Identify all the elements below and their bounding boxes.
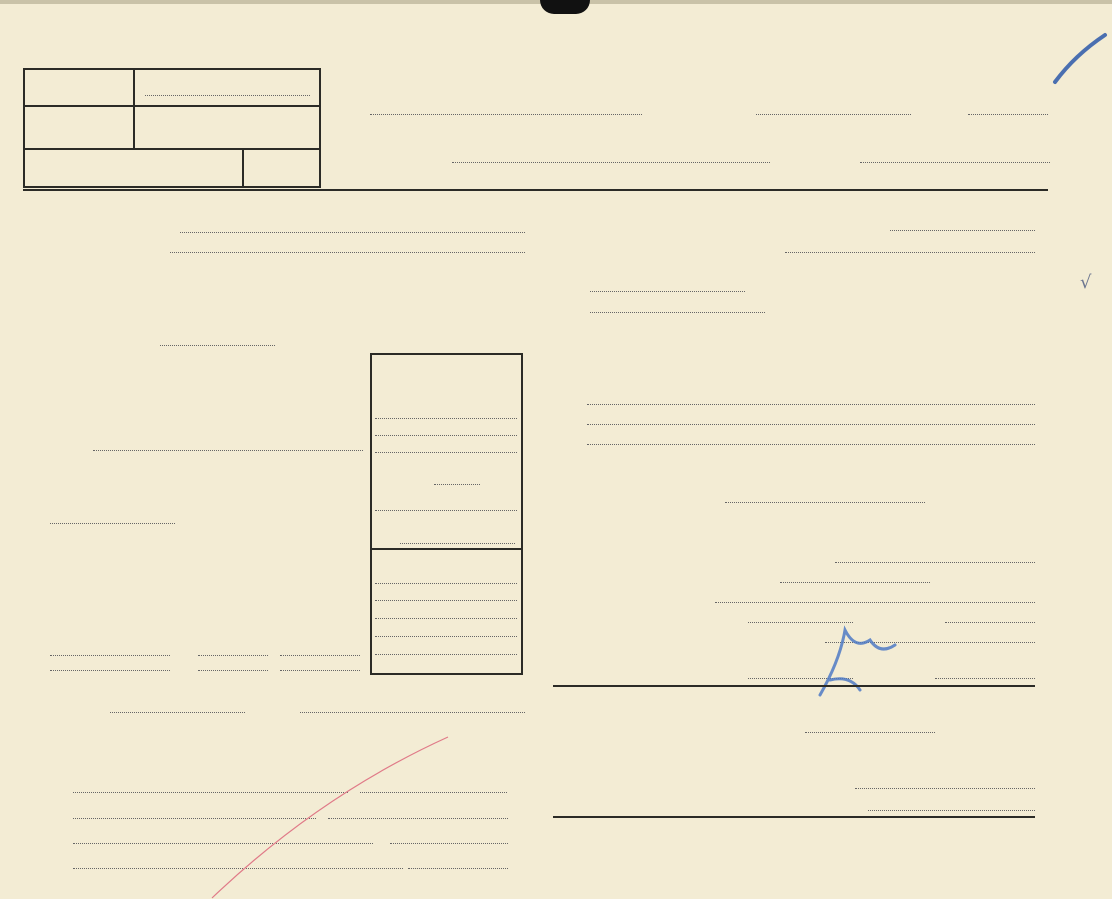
dotted-line: [587, 444, 1035, 445]
dotted-line: [375, 583, 517, 584]
dotted-line: [785, 252, 1035, 253]
dotted-line: [375, 654, 517, 655]
dotted-line: [180, 232, 525, 233]
nt-field[interactable]: [50, 670, 170, 671]
part-a-table: [23, 68, 321, 188]
dotted-line: [375, 636, 517, 637]
compiled-by-field[interactable]: [715, 602, 1035, 603]
dotted-line: [370, 114, 642, 115]
divider: [23, 189, 1048, 191]
auth-date-field[interactable]: [400, 543, 515, 544]
nt-field[interactable]: [280, 655, 360, 656]
dotted-line: [375, 600, 517, 601]
divider: [133, 68, 135, 150]
divider: [23, 148, 321, 150]
dotted-line: [855, 788, 1035, 789]
blue-initials-scribble: [810, 620, 900, 700]
disability-field[interactable]: [375, 452, 517, 453]
dotted-line: [890, 230, 1035, 231]
dotted-line: [93, 450, 363, 451]
check-mark: √: [1080, 272, 1092, 293]
decorations-field[interactable]: [587, 404, 1035, 405]
dotted-line: [170, 252, 525, 253]
blue-pencil-mark: [1050, 30, 1110, 90]
medical-cases-box: [370, 353, 523, 675]
dotted-line: [590, 312, 765, 313]
service-area-field[interactable]: [50, 523, 175, 524]
nt-field[interactable]: [280, 670, 360, 671]
disability-field[interactable]: [375, 418, 517, 419]
dotted-line: [860, 162, 1050, 163]
divider: [370, 548, 523, 550]
decorations-field[interactable]: [587, 424, 1035, 425]
dotted-line: [835, 562, 1035, 563]
dotted-line: [375, 510, 517, 511]
dotted-line: [590, 291, 745, 292]
checked-by-field[interactable]: [945, 622, 1035, 623]
nt-field[interactable]: [198, 655, 268, 656]
dotted-line: [160, 345, 275, 346]
dotted-line: [805, 732, 935, 733]
divider: [553, 685, 1035, 687]
divider: [242, 148, 244, 188]
dotted-line: [868, 810, 1035, 811]
divider: [553, 816, 1035, 818]
binder-clip: [540, 0, 590, 14]
red-cancel-line: [210, 735, 450, 899]
register-field[interactable]: [935, 678, 1035, 679]
dotted-line: [968, 114, 1048, 115]
dotted-line: [110, 712, 245, 713]
nt-field[interactable]: [198, 670, 268, 671]
degree-field[interactable]: [434, 484, 480, 485]
dotted-line: [780, 582, 930, 583]
dotted-line: [300, 712, 525, 713]
dotted-line: [756, 114, 911, 115]
dotted-line: [725, 502, 925, 503]
disability-field[interactable]: [375, 435, 517, 436]
dotted-line: [452, 162, 770, 163]
divider: [23, 105, 321, 107]
dotted-line: [375, 618, 517, 619]
discharge-authority-field[interactable]: [145, 95, 310, 96]
nt-field[interactable]: [50, 655, 170, 656]
